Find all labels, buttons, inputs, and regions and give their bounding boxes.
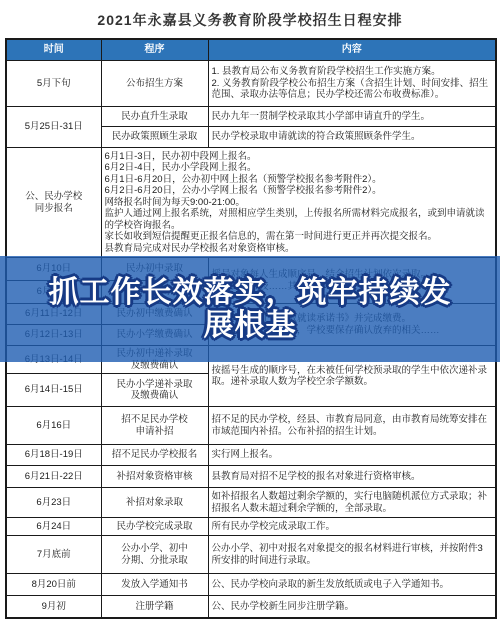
time-cell: 8月20日前 [6, 574, 101, 596]
program-cell: 民办初中缴费确认 [101, 304, 208, 325]
program-cell: 民办小学录取 [101, 281, 208, 304]
content-cell: 按摇号生成的顺序号，在未被任何学校预录取的学生中依次递补录取。递补录取人数为学校… [208, 346, 496, 407]
header-row: 时间 程序 内容 [6, 39, 496, 61]
program-cell: 民办学校完成录取 [101, 518, 208, 536]
table-row: 6月23日 补招对象录取 如补招报名人数超过剩余学额的，实行电脑随机派位方式录取… [6, 488, 496, 518]
time-cell: 6月21日-22日 [6, 466, 101, 488]
program-cell: 民办小学递补录取 及缴费确认 [101, 374, 208, 407]
table-row: 5月下旬 公布招生方案 1. 县教育局公布义务教育阶段学校招生工作实施方案。 2… [6, 61, 496, 107]
table-row: 公、民办学校 同步报名 6月1日-3日，民办初中段网上报名。 6月2日-4日，民… [6, 148, 496, 258]
content-cell: 1. 县教育局公布义务教育阶段学校招生工作实施方案。 2. 义务教育阶段学校公布… [208, 61, 496, 107]
time-cell: 6月11日 [6, 281, 101, 304]
table-row: 6月24日 民办学校完成录取 所有民办学校完成录取工作。 [6, 518, 496, 536]
program-cell: 民办初中递补录取 及缴费确认 [101, 346, 208, 374]
time-cell: 6月16日 [6, 407, 101, 445]
time-cell: 5月下旬 [6, 61, 101, 107]
content-cell: 公办小学、初中对报名对象提交的报名材料进行审核，并按附件3所安排的时间进行录取。 [208, 536, 496, 574]
time-cell: 6月13日-14日 [6, 346, 101, 374]
content-cell: 公、民办学校向录取的新生发放纸质或电子入学通知书。 [208, 574, 496, 596]
program-cell: 补招对象资格审核 [101, 466, 208, 488]
content-cell: 确认时需签订《录取就读承诺书》并完成缴费。 ……取后确认放弃的，学校要保存确认放… [208, 304, 496, 346]
time-cell: 9月初 [6, 596, 101, 618]
table-row: 6月10日 民办初中录取 摇号对象每人生成顺序号，结合招生计划依次录取。 ……民… [6, 258, 496, 281]
program-cell: 公办小学、初中 分期、分批录取 [101, 536, 208, 574]
page-title: 2021年永嘉县义务教育阶段学校招生日程安排 [0, 10, 500, 30]
time-cell: 6月12日-13日 [6, 325, 101, 346]
program-cell: 公布招生方案 [101, 61, 208, 107]
content-cell: 实行网上报名。 [208, 445, 496, 466]
time-cell: 6月14日-15日 [6, 374, 101, 407]
content-cell: 民办学校录取申请就读的符合政策照顾条件学生。 [208, 127, 496, 148]
program-cell: 发放入学通知书 [101, 574, 208, 596]
program-cell: 民办小学缴费确认 [101, 325, 208, 346]
content-cell: 如补招报名人数超过剩余学额的，实行电脑随机派位方式录取；补招报名人数未超过剩余学… [208, 488, 496, 518]
content-cell: 6月1日-3日，民办初中段网上报名。 6月2日-4日，民办小学段网上报名。 6月… [101, 148, 496, 258]
table-row: 5月25日-31日 民办直升生录取 民办九年一贯制学校录取其小学部申请直升的学生… [6, 107, 496, 127]
time-cell: 6月10日 [6, 258, 101, 281]
table-row: 6月16日 招不足民办学校 申请补招 招不足的民办学校，经县、市教育局同意，由市… [6, 407, 496, 445]
time-cell: 6月24日 [6, 518, 101, 536]
schedule-table: 时间 程序 内容 5月下旬 公布招生方案 1. 县教育局公布义务教育阶段学校招生… [5, 38, 497, 619]
time-cell: 5月25日-31日 [6, 107, 101, 148]
program-cell: 民办直升生录取 [101, 107, 208, 127]
program-cell: 民办初中录取 [101, 258, 208, 281]
content-cell: 民办九年一贯制学校录取其小学部申请直升的学生。 [208, 107, 496, 127]
header-program: 程序 [101, 39, 208, 61]
content-cell: 所有民办学校完成录取工作。 [208, 518, 496, 536]
table-row: 6月11日-12日 民办初中缴费确认 确认时需签订《录取就读承诺书》并完成缴费。… [6, 304, 496, 325]
time-cell: 7月底前 [6, 536, 101, 574]
table-row: 8月20日前 发放入学通知书 公、民办学校向录取的新生发放纸质或电子入学通知书。 [6, 574, 496, 596]
program-cell: 招不足民办学校报名 [101, 445, 208, 466]
time-cell: 公、民办学校 同步报名 [6, 148, 101, 258]
content-cell: 摇号对象每人生成顺序号，结合招生计划依次录取。 ……民办学校……其中一所学…… [208, 258, 496, 304]
header-content: 内容 [208, 39, 496, 61]
content-cell: 县教育局对招不足学校的报名对象进行资格审核。 [208, 466, 496, 488]
table-row: 9月初 注册学籍 公、民办学校新生同步注册学籍。 [6, 596, 496, 618]
time-cell: 6月23日 [6, 488, 101, 518]
content-cell: 招不足的民办学校，经县、市教育局同意，由市教育局统筹安排在市域范围内补招。公布补… [208, 407, 496, 445]
table-row: 6月21日-22日 补招对象资格审核 县教育局对招不足学校的报名对象进行资格审核… [6, 466, 496, 488]
program-cell: 民办政策照顾生录取 [101, 127, 208, 148]
header-time: 时间 [6, 39, 101, 61]
page: 2021年永嘉县义务教育阶段学校招生日程安排 时间 程序 内容 5月下旬 公布招… [0, 0, 500, 619]
table-row: 7月底前 公办小学、初中 分期、分批录取 公办小学、初中对报名对象提交的报名材料… [6, 536, 496, 574]
time-cell: 6月11日-12日 [6, 304, 101, 325]
program-cell: 招不足民办学校 申请补招 [101, 407, 208, 445]
program-cell: 注册学籍 [101, 596, 208, 618]
time-cell: 6月18日-19日 [6, 445, 101, 466]
table-row: 6月13日-14日 民办初中递补录取 及缴费确认 按摇号生成的顺序号，在未被任何… [6, 346, 496, 374]
program-cell: 补招对象录取 [101, 488, 208, 518]
table-row: 6月18日-19日 招不足民办学校报名 实行网上报名。 [6, 445, 496, 466]
content-cell: 公、民办学校新生同步注册学籍。 [208, 596, 496, 618]
